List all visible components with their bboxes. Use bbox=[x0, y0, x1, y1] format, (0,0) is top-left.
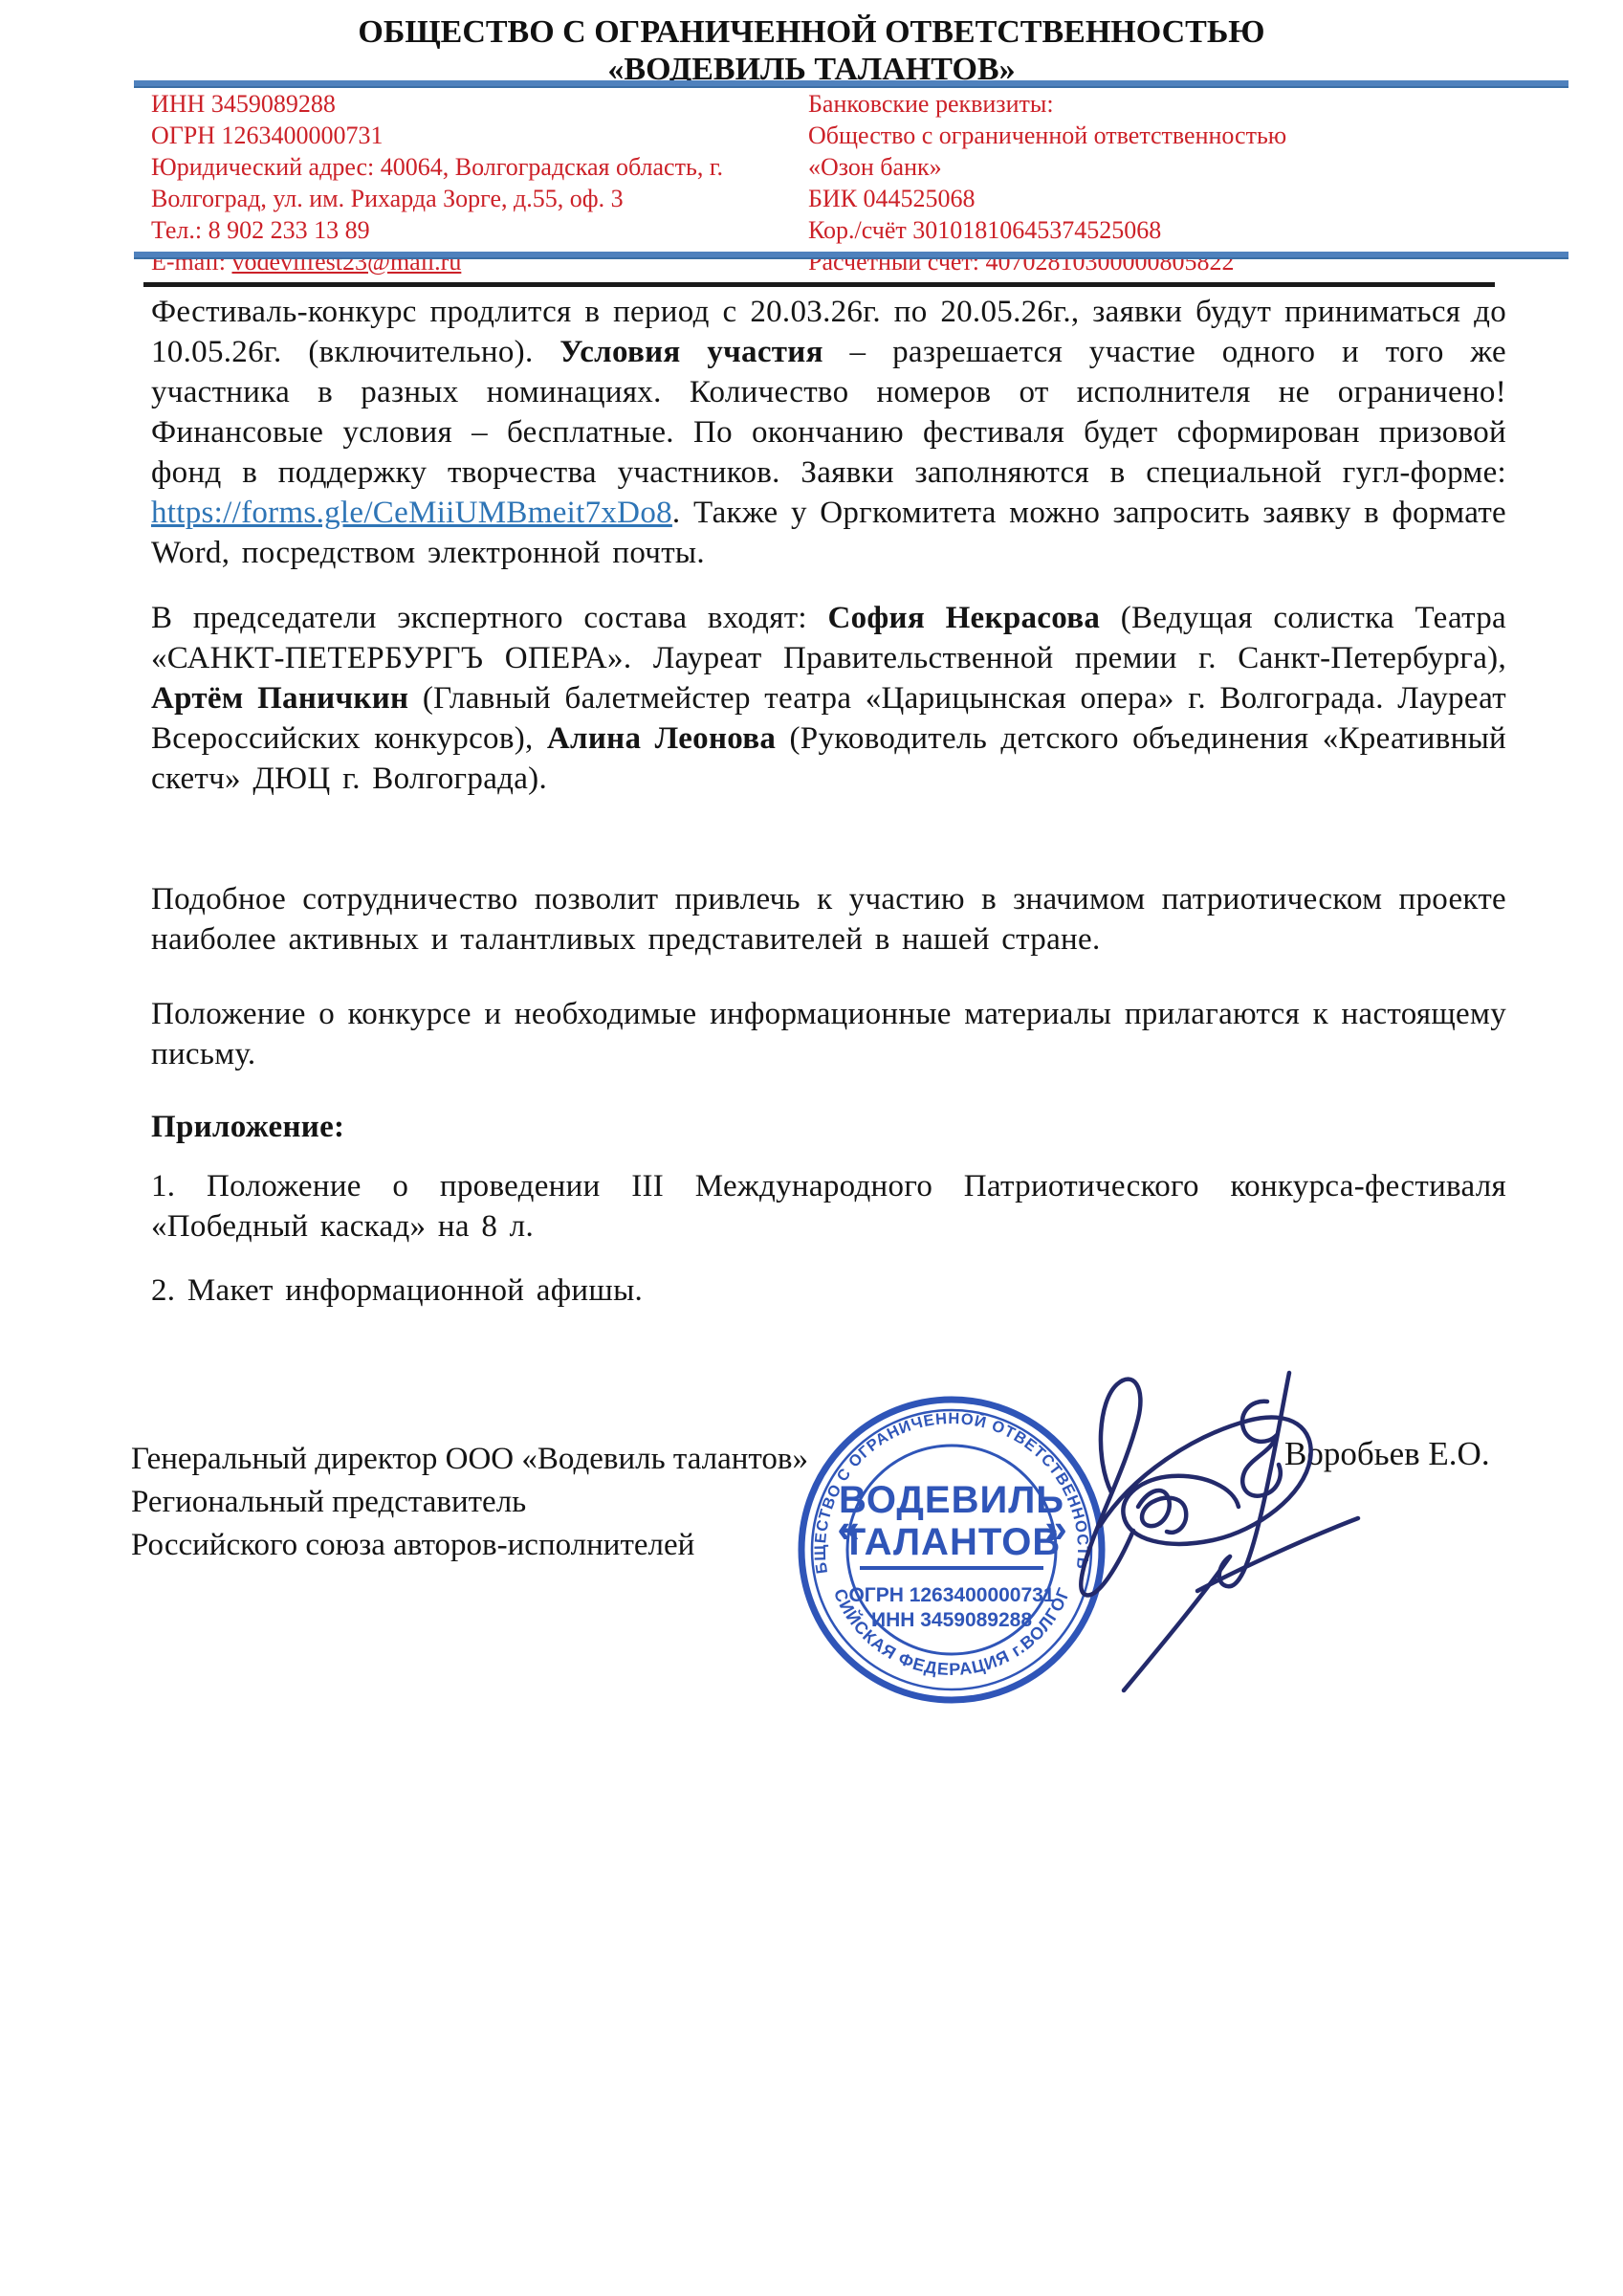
contacts-right-column: Банковские реквизиты: Общество с огранич… bbox=[808, 88, 1344, 277]
signatory-title-1: Генеральный директор ООО «Водевиль талан… bbox=[131, 1438, 858, 1481]
blue-divider-bottom bbox=[134, 252, 1568, 259]
signature-stroke-6 bbox=[1124, 1556, 1230, 1690]
company-title-line1: ОБЩЕСТВО С ОГРАНИЧЕННОЙ ОТВЕТСТВЕННОСТЬЮ bbox=[358, 14, 1264, 50]
blue-divider-top bbox=[134, 80, 1568, 88]
black-divider bbox=[143, 282, 1495, 287]
bank-name: Общество с ограниченной ответственностью… bbox=[808, 120, 1344, 183]
handwritten-signature bbox=[1042, 1344, 1368, 1708]
paragraph-jury: В председатели экспертного состава входя… bbox=[151, 598, 1506, 799]
settlement-account-value: Расчётный счёт: 40702810300000805822 bbox=[808, 246, 1344, 277]
letter-body: Фестиваль-конкурс продлится в период с 2… bbox=[151, 292, 1506, 1311]
bik-value: БИК 044525068 bbox=[808, 183, 1344, 214]
p1-bold-terms: Условия участия bbox=[559, 335, 822, 369]
legal-address: Юридический адрес: 40064, Волгоградская … bbox=[151, 151, 763, 214]
email-line: E-mail: vodevilfest23@mail.ru bbox=[151, 246, 763, 277]
p2-text-1: В председатели экспертного состава входя… bbox=[151, 601, 827, 635]
signature-stroke-7 bbox=[1197, 1518, 1358, 1591]
stamp-inn: ИНН 3459089288 bbox=[871, 1609, 1032, 1631]
document-page: ОБЩЕСТВО С ОГРАНИЧЕННОЙ ОТВЕТСТВЕННОСТЬЮ… bbox=[0, 0, 1623, 2296]
jury-name-2: Артём Паничкин bbox=[151, 681, 408, 716]
stamp-company-name-line1: ВОДЕВИЛЬ bbox=[839, 1479, 1064, 1521]
attachment-item-2: 2. Макет информационной афишы. bbox=[151, 1270, 1506, 1311]
stamp-ogrn: ОГРН 1263400000731 bbox=[848, 1584, 1054, 1606]
jury-name-3: Алина Леонова bbox=[547, 721, 776, 756]
google-form-link[interactable]: https://forms.gle/CeMiiUMBmeit7xDo8 bbox=[151, 496, 672, 530]
signature-stroke-3 bbox=[1138, 1490, 1186, 1533]
paragraph-cooperation: Подобное сотрудничество позволит привлеч… bbox=[151, 879, 1506, 960]
signatory-title-2: Региональный представитель bbox=[131, 1481, 858, 1524]
attachment-item-1: 1. Положение о проведении III Международ… bbox=[151, 1166, 1506, 1247]
corr-account-value: Кор./счёт 30101810645374525068 bbox=[808, 214, 1344, 246]
phone-line: Тел.: 8 902 233 13 89 bbox=[151, 214, 763, 246]
ogrn-value: ОГРН 1263400000731 bbox=[151, 120, 763, 151]
stamp-quote-open: « bbox=[837, 1506, 859, 1551]
signatory-title-3: Российского союза авторов-исполнителей bbox=[131, 1524, 858, 1567]
contacts-left-column: ИНН 3459089288 ОГРН 1263400000731 Юридич… bbox=[151, 88, 763, 277]
jury-name-1: София Некрасова bbox=[827, 601, 1100, 635]
signatory-titles: Генеральный директор ООО «Водевиль талан… bbox=[131, 1438, 858, 1567]
bank-details-title: Банковские реквизиты: bbox=[808, 88, 1344, 120]
stamp-company-name-line2: ТАЛАНТОВ bbox=[843, 1521, 1062, 1563]
paragraph-festival-terms: Фестиваль-конкурс продлится в период с 2… bbox=[151, 292, 1506, 573]
stamp-divider-line bbox=[860, 1566, 1043, 1570]
inn-value: ИНН 3459089288 bbox=[151, 88, 763, 120]
attachment-heading: Приложение: bbox=[151, 1107, 1506, 1147]
company-title: ОБЩЕСТВО С ОГРАНИЧЕННОЙ ОТВЕТСТВЕННОСТЬЮ… bbox=[0, 13, 1623, 88]
paragraph-materials: Положение о конкурсе и необходимые инфор… bbox=[151, 994, 1506, 1074]
email-label: Тел.: 8 902 233 13 89 bbox=[151, 216, 370, 244]
